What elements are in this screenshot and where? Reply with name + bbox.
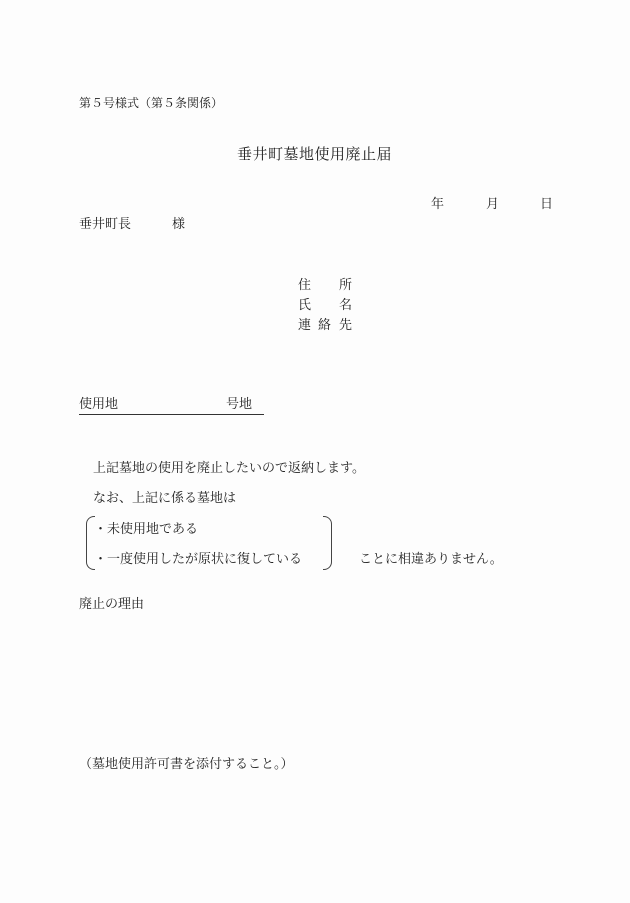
plot-label: 使用地 — [79, 398, 118, 411]
form-number: 第５号様式（第５条関係） — [79, 97, 223, 109]
addressee-name: 垂井町長 — [79, 218, 131, 231]
document-title: 垂井町墓地使用廃止届 — [237, 147, 392, 162]
option-restored-plot: ・一度使用したが原状に復している — [94, 553, 302, 566]
plot-number-field: 使用地 号地 — [79, 398, 264, 415]
right-bracket — [323, 516, 332, 570]
declaration-conclusion: ことに相違ありません。 — [359, 553, 503, 566]
date-day-label: 日 — [540, 198, 553, 211]
option-unused-plot: ・未使用地である — [94, 523, 198, 536]
date-year-label: 年 — [431, 198, 444, 211]
condition-note: なお、上記に係る墓地は — [93, 492, 236, 505]
return-statement: 上記墓地の使用を廃止したいので返納します。 — [93, 462, 365, 475]
plot-suffix: 号地 — [226, 398, 252, 411]
date-month-label: 月 — [486, 198, 499, 211]
attachment-note: （墓地使用許可書を添付すること。） — [79, 758, 294, 771]
addressee-honorific: 様 — [172, 218, 185, 231]
reason-label: 廃止の理由 — [79, 598, 144, 611]
